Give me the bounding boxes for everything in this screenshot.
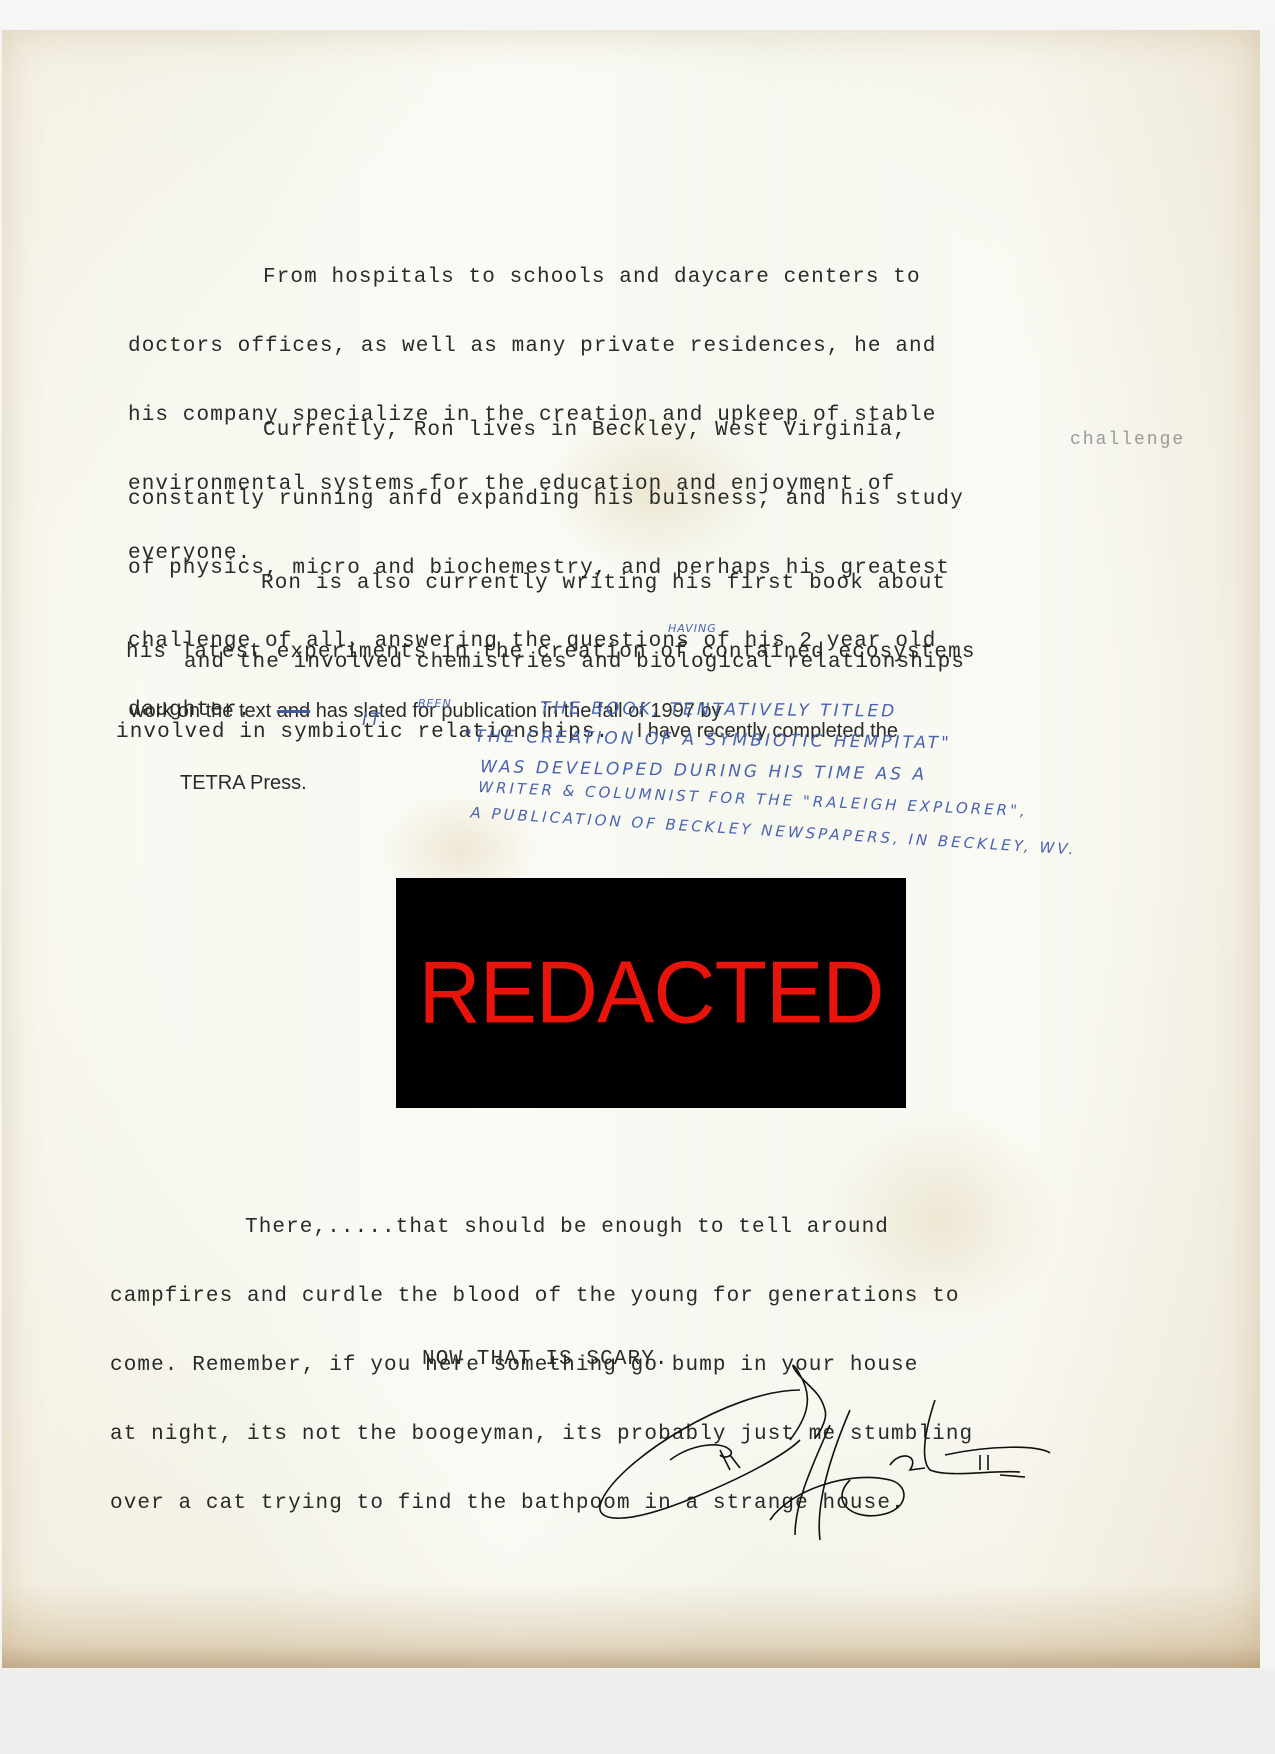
text-line: campfires and curdle the blood of the yo… — [110, 1285, 973, 1308]
page-edge-discoloration — [2, 1582, 1260, 1672]
signature-mark — [590, 1350, 1160, 1550]
typed-insert-text: work on the text — [130, 700, 271, 722]
redaction-block: REDACTED — [396, 878, 906, 1108]
handwritten-been: BEEN — [418, 697, 452, 710]
handwritten-note-line: THE BOOK, TENTATIVELY TITLED — [540, 698, 897, 721]
handwritten-it: IT — [362, 710, 383, 730]
scan-top-margin — [0, 0, 1275, 30]
text-line: From hospitals to schools and daycare ce… — [263, 266, 921, 289]
text-line: doctors offices, as well as many private… — [128, 335, 936, 358]
handwritten-having: HAVING — [668, 622, 717, 635]
text-line: Ron is also currently writing his first … — [261, 572, 946, 595]
text-line: Currently, Ron lives in Beckley, West Vi… — [263, 419, 907, 442]
text-line: There,.....that should be enough to tell… — [245, 1216, 889, 1239]
scan-bottom-margin — [0, 1668, 1275, 1754]
struck-word: and — [277, 700, 310, 722]
redaction-label: REDACTED — [418, 943, 883, 1044]
text-line: constantly running anfd expanding his bu… — [128, 488, 964, 511]
faded-typed-fragment: challenge — [1070, 430, 1185, 450]
